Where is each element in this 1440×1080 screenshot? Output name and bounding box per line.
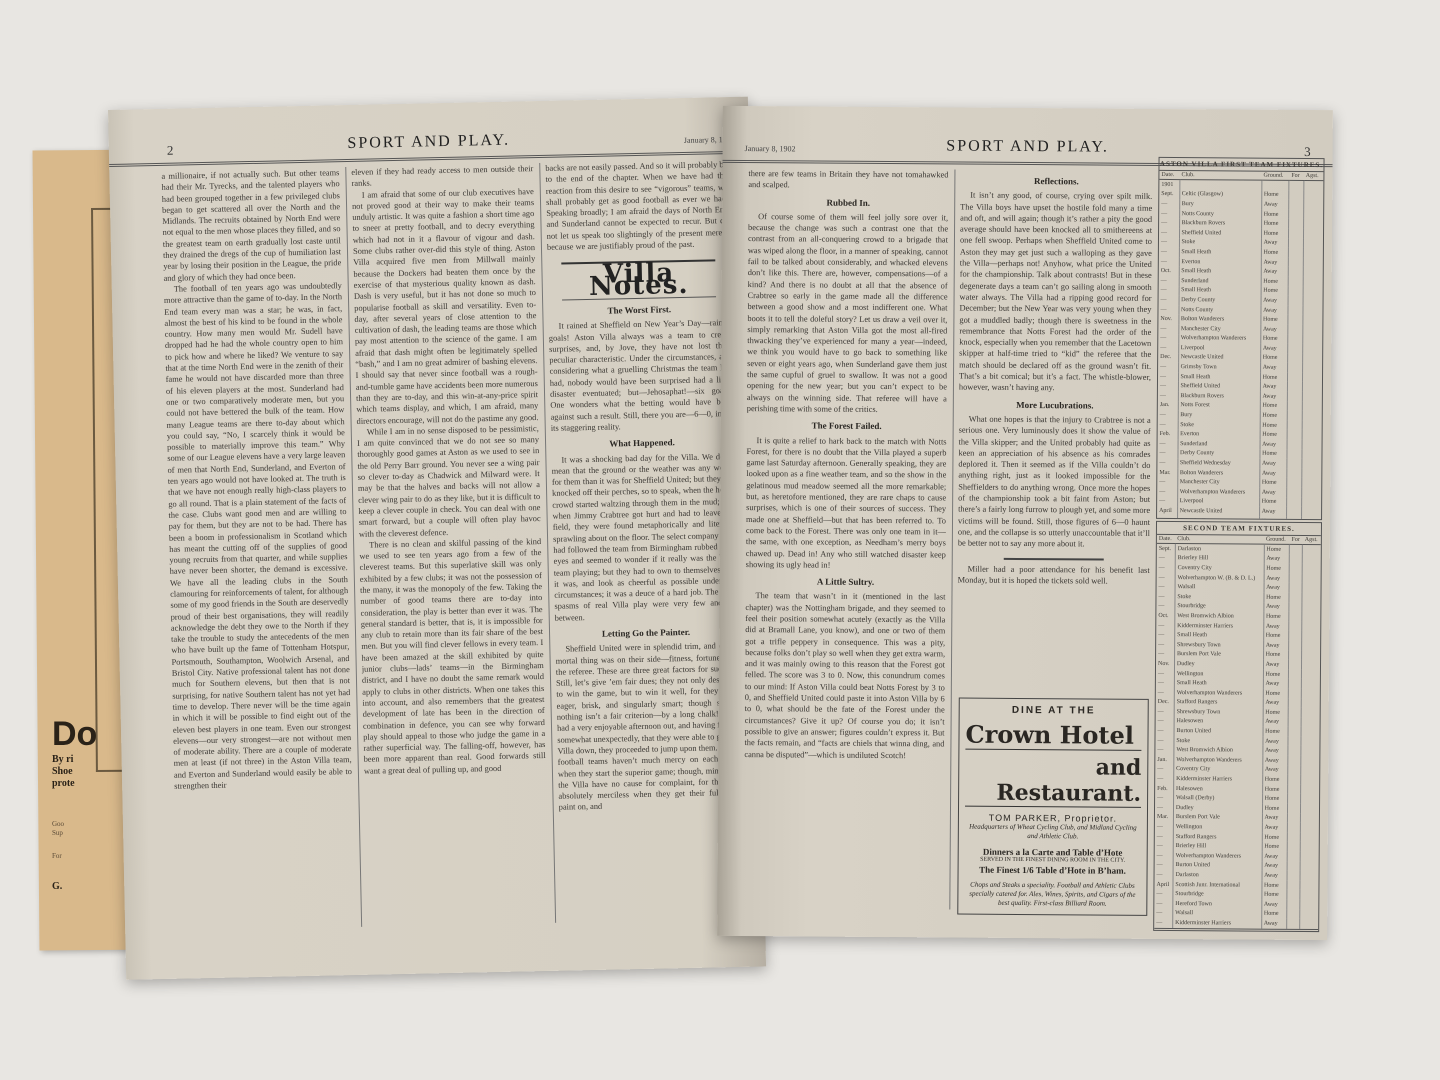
fixture-cell: Feb. — [1158, 429, 1178, 439]
fixture-cell: Sheffield United — [1179, 228, 1261, 238]
fixture-cell: Away — [1262, 756, 1288, 766]
fixture-cell: Small Heath — [1175, 630, 1264, 640]
fixture-cell — [1300, 890, 1318, 900]
fixture-cell: Home — [1261, 190, 1289, 200]
fixture-cell — [1302, 430, 1322, 440]
fixture-cell: — — [1154, 899, 1172, 909]
fixture-cell — [1303, 229, 1323, 239]
fixture-cell — [1302, 689, 1320, 699]
fixture-cell — [1303, 344, 1323, 354]
fixture-cell — [1289, 670, 1302, 680]
fixture-cell — [1288, 718, 1301, 728]
fixture-cell — [1287, 900, 1300, 910]
villa-notes-heading: Villa Notes. — [561, 260, 716, 301]
fixture-cell — [1288, 765, 1301, 775]
fixture-cell: Small Heath — [1174, 678, 1263, 688]
fixture-cell — [1300, 871, 1318, 881]
fixture-cell: Home — [1263, 727, 1289, 737]
fixture-cell: 1901 — [1159, 179, 1179, 189]
fixture-cell — [1288, 344, 1302, 354]
back-ad-small: Goo — [52, 820, 120, 829]
fixture-cell: Home — [1263, 708, 1289, 718]
fixture-cell — [1303, 306, 1323, 316]
fixture-cell: Away — [1261, 257, 1289, 267]
fixture-cell — [1288, 421, 1302, 431]
fixtures-footnote: B. & D. L. = Birmingham and District Lea… — [1154, 928, 1318, 932]
fixture-cell: — — [1158, 381, 1178, 391]
paragraph: It isn’t any good, of course, crying ove… — [959, 190, 1152, 395]
fixture-cell: Away — [1263, 717, 1289, 727]
fixture-cell — [1301, 766, 1319, 776]
fixture-cell — [1304, 200, 1324, 210]
col-header: Agst. — [1304, 172, 1324, 181]
fixture-cell — [1289, 258, 1303, 268]
fixture-cell — [1303, 334, 1323, 344]
paragraph: The football of ten years ago was undoub… — [164, 280, 353, 792]
fixture-cell — [1302, 583, 1320, 593]
fixture-cell: — — [1156, 649, 1174, 659]
fixture-cell — [1301, 507, 1321, 517]
fixture-cell: Burton United — [1173, 861, 1262, 871]
fixture-cell: Away — [1260, 344, 1288, 354]
fixture-cell — [1301, 785, 1319, 795]
fixture-cell: — — [1159, 276, 1179, 286]
right-page: January 8, 1902 SPORT AND PLAY. 3 there … — [717, 106, 1333, 940]
fixture-cell — [1302, 660, 1320, 670]
fixture-cell: Sept. — [1157, 543, 1175, 553]
fixture-cell — [1289, 650, 1302, 660]
fixture-cell — [1302, 392, 1322, 402]
fixture-cell — [1288, 785, 1301, 795]
fixture-cell — [1301, 718, 1319, 728]
fixture-cell: Dec. — [1156, 697, 1174, 707]
fixture-cell — [1288, 334, 1302, 344]
fixture-cell: Home — [1261, 315, 1289, 325]
fixture-cell: — — [1157, 477, 1177, 487]
fixture-cell: — — [1158, 305, 1178, 315]
fixture-cell: — — [1158, 439, 1178, 449]
fixture-cell — [1302, 459, 1322, 469]
fixture-cell: Dec. — [1158, 353, 1178, 363]
fixture-cell — [1302, 574, 1320, 584]
fixture-cell: Liverpool — [1178, 343, 1260, 353]
back-ad-heading: Do — [52, 715, 120, 754]
fixture-cell — [1303, 267, 1323, 277]
fixture-cell: — — [1159, 209, 1179, 219]
fixture-cell — [1288, 354, 1302, 364]
fixture-cell: Away — [1263, 737, 1289, 747]
fixture-cell: Away — [1261, 267, 1289, 277]
fixture-cell: West Bromwich Albion — [1175, 611, 1264, 621]
fixture-cell: — — [1156, 669, 1174, 679]
fixture-cell: Walsall — [1175, 582, 1264, 592]
fixture-cell: Darlaston — [1173, 870, 1262, 880]
fixture-cell: Nov. — [1156, 659, 1174, 669]
fixture-cell: Away — [1261, 305, 1289, 315]
fixture-cell: Stourbridge — [1173, 889, 1262, 899]
fixture-cell: Derby County — [1177, 449, 1259, 459]
fixture-cell: Darlaston — [1175, 544, 1264, 555]
back-ad-line: By ri — [52, 754, 120, 766]
fixture-cell: — — [1158, 343, 1178, 353]
fixture-cell: — — [1156, 601, 1174, 611]
fixture-cell — [1301, 852, 1319, 862]
fixture-cell — [1287, 449, 1301, 459]
fixture-cell — [1301, 746, 1319, 756]
fixture-cell: Scottish Junr. International — [1173, 880, 1262, 890]
fixture-cell: — — [1157, 554, 1175, 564]
section-heading: Rubbed In. — [748, 197, 948, 210]
fixture-cell: Everton — [1178, 430, 1260, 440]
fixture-cell: Kidderminster Harriers — [1173, 918, 1262, 928]
fixture-cell: — — [1157, 563, 1175, 573]
fixture-cell — [1288, 306, 1302, 316]
fixture-cell: Home — [1263, 689, 1289, 699]
fixture-cell: Stoke — [1179, 238, 1261, 248]
fixture-cell — [1289, 277, 1303, 287]
fixture-cell: — — [1156, 717, 1174, 727]
fixture-cell — [1302, 469, 1322, 479]
fixture-cell — [1302, 641, 1320, 651]
back-sheet-advert: Do By ri Shoe prote Goo Sup For G. — [52, 715, 120, 893]
fixture-cell — [1287, 497, 1301, 507]
fixture-cell: Away — [1264, 583, 1290, 593]
fixture-cell — [1300, 919, 1318, 929]
fixture-cell: Away — [1262, 852, 1288, 862]
col-header: For — [1290, 536, 1303, 545]
fixture-cell: — — [1156, 678, 1174, 688]
fixture-cell: Notts County — [1178, 305, 1260, 315]
fixture-cell — [1287, 881, 1300, 891]
fixture-cell — [1300, 900, 1318, 910]
fixture-cell — [1303, 286, 1323, 296]
fixture-cell: Home — [1261, 209, 1289, 219]
fixture-cell — [1289, 593, 1302, 603]
fixture-cell: — — [1159, 237, 1179, 247]
fixture-cell: — — [1158, 362, 1178, 372]
fixture-cell: Home — [1263, 612, 1289, 622]
fixture-cell: Kidderminster Harriers — [1175, 621, 1264, 631]
fixture-cell — [1287, 517, 1301, 520]
fixture-cell: Home — [1259, 478, 1287, 488]
fixture-cell — [1289, 544, 1302, 554]
ad-name-line1: Crown Hotel — [965, 720, 1141, 751]
fixture-cell: Burslem Port Vale — [1174, 650, 1263, 660]
fixture-cell: Stourbridge — [1175, 602, 1264, 612]
fixture-cell: Home — [1263, 669, 1289, 679]
col-header: For — [1289, 172, 1303, 181]
fixture-cell — [1304, 191, 1324, 201]
fixture-cell: — — [1158, 410, 1178, 420]
fixture-cell — [1287, 909, 1300, 919]
fixture-cell — [1302, 631, 1320, 641]
fixture-cell — [1287, 861, 1300, 871]
col-header: Ground. — [1262, 172, 1290, 181]
fixture-cell — [1302, 450, 1322, 460]
fixture-cell: Wolverhampton Wanderers — [1174, 688, 1263, 698]
fixture-cell: — — [1156, 630, 1174, 640]
col-header: Agst. — [1303, 536, 1321, 545]
fixture-cell — [1302, 354, 1322, 364]
fixture-cell: Home — [1260, 449, 1288, 459]
fixture-cell: Bury — [1178, 410, 1260, 420]
fixture-cell: Oct. — [1159, 266, 1179, 276]
fixture-cell: Away — [1261, 919, 1287, 929]
fixture-cell: Small Heath — [1178, 372, 1260, 382]
fixture-cell: Manchester City — [1177, 477, 1259, 487]
fixture-cell — [1179, 180, 1261, 191]
fixture-cell — [1289, 267, 1303, 277]
fixture-cell: Away — [1263, 660, 1289, 670]
fixture-cell: Wolverhampton W. (B. & D. L.) — [1175, 573, 1264, 583]
col-header: Date. — [1157, 535, 1175, 544]
fixture-cell: — — [1159, 257, 1179, 267]
fixture-cell — [1301, 842, 1319, 852]
fixtures-body: 1901Sept.Celtic (Glasgow)Home—BuryAway—N… — [1157, 179, 1324, 520]
fixture-cell: Oct. — [1156, 611, 1174, 621]
fixture-cell: — — [1159, 285, 1179, 295]
fixture-cell: — — [1154, 889, 1172, 899]
fixture-cell: April — [1154, 880, 1172, 890]
fixture-cell: Away — [1261, 200, 1289, 210]
fixture-cell — [1287, 469, 1301, 479]
fixture-cell: Jan. — [1158, 401, 1178, 411]
fixture-cell — [1287, 833, 1300, 843]
fixture-cell: Bury — [1179, 199, 1261, 209]
fixture-cell — [1287, 488, 1301, 498]
fixture-cell — [1289, 190, 1303, 200]
fixture-cell: Away — [1263, 602, 1289, 612]
fixture-cell — [1288, 804, 1301, 814]
fixture-row: —Grimsby TownHome — [1157, 516, 1321, 520]
fixture-cell: Dudley — [1174, 659, 1263, 669]
paragraph: It was a shocking bad day for the Villa.… — [551, 451, 737, 624]
fixture-cell: — — [1156, 707, 1174, 717]
back-ad-small: Sup — [52, 829, 120, 838]
fixture-cell: Away — [1261, 296, 1289, 306]
fixture-cell: Notts Forest — [1178, 401, 1260, 411]
fixture-cell — [1288, 813, 1301, 823]
fixture-cell: Away — [1260, 382, 1288, 392]
fixture-cell — [1303, 544, 1321, 554]
fixture-cell — [1288, 430, 1302, 440]
fixture-cell: Manchester City — [1178, 324, 1260, 334]
paragraph: It rained at Sheffield on New Year’s Day… — [549, 317, 733, 434]
fixture-cell: — — [1158, 324, 1178, 334]
fixture-cell: Stafford Rangers — [1173, 832, 1262, 842]
fixture-cell — [1289, 286, 1303, 296]
fixture-cell — [1302, 363, 1322, 373]
fixture-cell — [1302, 612, 1320, 622]
fixture-cell: Grimsby Town — [1178, 362, 1260, 372]
fixture-cell — [1287, 890, 1300, 900]
fixture-cell: Away — [1262, 823, 1288, 833]
fixture-cell — [1302, 593, 1320, 603]
fixture-cell — [1288, 373, 1302, 383]
fixture-cell: Dudley — [1173, 803, 1262, 813]
fixture-cell — [1287, 842, 1300, 852]
paragraph: The team that wasn’t in it (mentioned in… — [744, 590, 945, 761]
fixture-cell — [1287, 459, 1301, 469]
fixture-cell — [1288, 296, 1302, 306]
fixture-cell: Hereford Town — [1173, 899, 1262, 909]
fixture-cell — [1302, 698, 1320, 708]
fixture-cell — [1302, 440, 1322, 450]
fixture-cell: Away — [1262, 871, 1288, 881]
fixture-cell — [1288, 689, 1301, 699]
fixture-cell — [1289, 229, 1303, 239]
section-heading: The Forest Failed. — [747, 420, 947, 433]
fixture-cell: — — [1155, 851, 1173, 861]
section-heading: Letting Go the Painter. — [555, 626, 737, 641]
paragraph: While I am in no sense disposed to be pe… — [357, 423, 541, 540]
fixture-cell: Small Heath — [1179, 266, 1261, 276]
fixture-cell — [1289, 641, 1302, 651]
fixture-cell: — — [1158, 391, 1178, 401]
fixture-cell — [1288, 823, 1301, 833]
fixture-cell: Celtic (Glasgow) — [1179, 190, 1261, 200]
paragraph: Miller had a poor attendance for his ben… — [958, 563, 1150, 587]
fixture-cell: Away — [1264, 573, 1290, 583]
fixture-cell: Away — [1260, 363, 1288, 373]
fixture-cell: Burslem Port Vale — [1173, 813, 1262, 823]
fixture-cell — [1304, 180, 1324, 190]
fixture-cell — [1300, 881, 1318, 891]
fixture-cell — [1288, 401, 1302, 411]
fixture-cell: Wellington — [1173, 822, 1262, 832]
fixture-cell — [1289, 679, 1302, 689]
paragraph: a millionaire, if not actually such. But… — [161, 167, 341, 284]
fixture-cell — [1302, 679, 1320, 689]
fixture-cell — [1289, 238, 1303, 248]
fixture-cell: — — [1159, 295, 1179, 305]
fixture-cell — [1288, 727, 1301, 737]
fixture-cell — [1288, 708, 1301, 718]
fixture-cell — [1301, 498, 1321, 508]
fixture-cell: Home — [1261, 277, 1289, 287]
fixture-cell — [1301, 775, 1319, 785]
fixture-cell — [1302, 382, 1322, 392]
fixture-cell: Home — [1262, 842, 1288, 852]
fixture-cell: Away — [1259, 468, 1287, 478]
fixture-cell: Home — [1260, 353, 1288, 363]
fixture-cell: Shrewsbury Town — [1175, 640, 1264, 650]
fixture-cell: Halesowen — [1174, 717, 1263, 727]
fixture-cell: — — [1158, 420, 1178, 430]
fixtures-table: Date. Club. Ground. For Agst. 1901Sept.C… — [1157, 171, 1324, 520]
ad-footer: Chops and Steaks a speciality. Football … — [964, 881, 1140, 909]
fixture-cell — [1302, 402, 1322, 412]
fixture-cell: — — [1159, 228, 1179, 238]
back-ad-line: prote — [52, 778, 120, 790]
fixture-cell: Home — [1260, 334, 1288, 344]
fixture-cell — [1287, 919, 1300, 929]
fixture-cell: Home — [1260, 401, 1288, 411]
fixture-cell: — — [1159, 247, 1179, 257]
fixture-cell: — — [1156, 688, 1174, 698]
fixture-cell: Newcastle United — [1178, 353, 1260, 363]
fixture-cell: — — [1157, 487, 1177, 497]
fixture-cell: Home — [1262, 794, 1288, 804]
fixture-cell: — — [1157, 449, 1177, 459]
fixture-cell: Home — [1261, 219, 1289, 229]
fixture-cell: Wolverhampton Wanderers — [1173, 851, 1262, 861]
fixture-cell: — — [1158, 333, 1178, 343]
fixture-cell — [1301, 517, 1321, 520]
fixture-cell — [1289, 210, 1303, 220]
fixture-cell: Away — [1263, 641, 1289, 651]
fixture-cell — [1289, 219, 1303, 229]
fixture-cell: — — [1157, 582, 1175, 592]
fixture-cell: — — [1154, 908, 1172, 918]
publication-title: SPORT AND PLAY. — [723, 136, 1333, 158]
col-header: Date. — [1159, 171, 1179, 180]
fixture-cell: Home — [1261, 890, 1287, 900]
fixture-cell: Wolverhampton Wanderers — [1177, 487, 1259, 497]
fixture-cell: Coventry City — [1174, 765, 1263, 775]
fixture-cell: Home — [1263, 631, 1289, 641]
fixture-cell: West Bromwich Albion — [1174, 746, 1263, 756]
fixture-cell: Away — [1261, 238, 1289, 248]
fixture-cell: — — [1156, 592, 1174, 602]
fixture-cell: Sunderland — [1179, 276, 1261, 286]
fixture-cell: Wolverhampton Wanderers — [1174, 755, 1263, 765]
fixture-cell: — — [1156, 621, 1174, 631]
fixture-cell: — — [1155, 793, 1173, 803]
fixture-cell: — — [1155, 736, 1173, 746]
fixture-cell — [1288, 698, 1301, 708]
section-heading: A Little Sultry. — [746, 576, 946, 589]
fixture-cell: Sunderland — [1178, 439, 1260, 449]
fixture-cell: — — [1157, 497, 1177, 507]
fixture-cell — [1289, 180, 1303, 190]
fixture-cell: Home — [1264, 564, 1290, 574]
fixture-cell: Small Heath — [1179, 286, 1261, 296]
fixture-cell: Home — [1260, 420, 1288, 430]
fixture-cell: — — [1155, 745, 1173, 755]
fixture-cell: Mar. — [1155, 813, 1173, 823]
fixture-cell: Away — [1260, 440, 1288, 450]
fixture-cell — [1289, 574, 1302, 584]
fixture-cell: Home — [1260, 430, 1288, 440]
fixture-cell — [1302, 650, 1320, 660]
fixture-cell — [1303, 248, 1323, 258]
fixture-cell: Brierley Hill — [1173, 841, 1262, 851]
fixture-cell: Home — [1262, 804, 1288, 814]
fixture-cell: Away — [1260, 459, 1288, 469]
paragraph: There is no clean and skilful passing of… — [359, 536, 546, 777]
paragraph: Of course some of them will feel jolly s… — [747, 211, 948, 416]
paragraph: What one hopes is that the injury to Cra… — [958, 413, 1151, 550]
fixture-cell: Away — [1261, 900, 1287, 910]
fixture-cell: Blackburn Rovers — [1179, 218, 1261, 228]
fixture-cell: Everton — [1179, 257, 1261, 267]
fixture-cell: Home — [1264, 544, 1290, 554]
fixture-cell — [1303, 277, 1323, 287]
left-page: 2 SPORT AND PLAY. January 8, 1902 a mill… — [108, 97, 766, 980]
fixture-cell: Home — [1262, 775, 1288, 785]
fixture-cell — [1288, 737, 1301, 747]
fixtures-table: Date. Club. Ground. For Agst. Sept.Darla… — [1154, 535, 1321, 929]
fixture-cell: — — [1155, 841, 1173, 851]
fixture-cell: Wolverhampton Wanderers — [1178, 334, 1260, 344]
fixture-cell: Walsall (Derby) — [1173, 793, 1262, 803]
fixture-cell: Stoke — [1175, 592, 1264, 602]
fixture-cell: Away — [1263, 621, 1289, 631]
fixture-cell — [1289, 564, 1302, 574]
fixture-cell — [1289, 200, 1303, 210]
section-heading: Reflections. — [960, 176, 1152, 189]
